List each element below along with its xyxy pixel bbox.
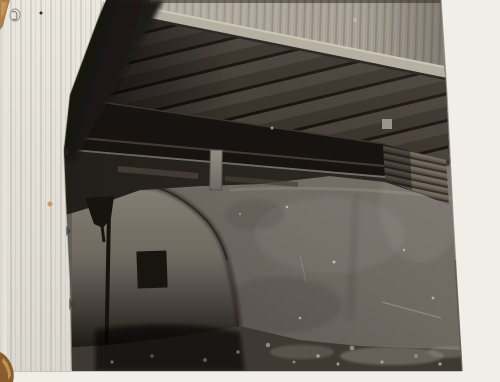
- pebble: [266, 343, 270, 347]
- arch-bracket-drip: [102, 226, 104, 242]
- light-block: [382, 119, 392, 129]
- speck: [333, 261, 336, 264]
- pebble: [293, 361, 296, 364]
- speck: [299, 317, 302, 320]
- cellar-photograph: [0, 0, 500, 382]
- speck: [309, 39, 311, 41]
- photo-print: [0, 0, 500, 382]
- speck: [239, 213, 241, 215]
- speck: [432, 297, 435, 300]
- debris-patch: [340, 347, 444, 365]
- paper-left-strip: [0, 0, 6, 373]
- rubble-shadow-mound: [95, 324, 245, 371]
- debris-patch: [270, 345, 334, 359]
- hanger-post: [210, 150, 223, 190]
- pebble: [414, 354, 418, 358]
- pebble: [203, 358, 207, 362]
- pebble: [110, 360, 113, 363]
- speck: [403, 249, 405, 251]
- hatch-opening: [136, 250, 167, 288]
- photo-scan: [0, 0, 500, 382]
- dark-speck: [40, 12, 43, 15]
- pebble: [150, 354, 153, 357]
- pebble: [337, 363, 340, 366]
- speck: [353, 18, 357, 22]
- tan-spot: [48, 202, 53, 207]
- pebble: [438, 362, 441, 365]
- plank-top-shadow: [150, 0, 441, 3]
- pebble: [350, 346, 355, 351]
- pebble: [316, 354, 320, 358]
- pebble: [236, 350, 240, 354]
- beam-fleck: [271, 127, 274, 130]
- speck: [286, 206, 288, 208]
- pebble: [380, 360, 383, 363]
- wall-blotch: [225, 199, 285, 231]
